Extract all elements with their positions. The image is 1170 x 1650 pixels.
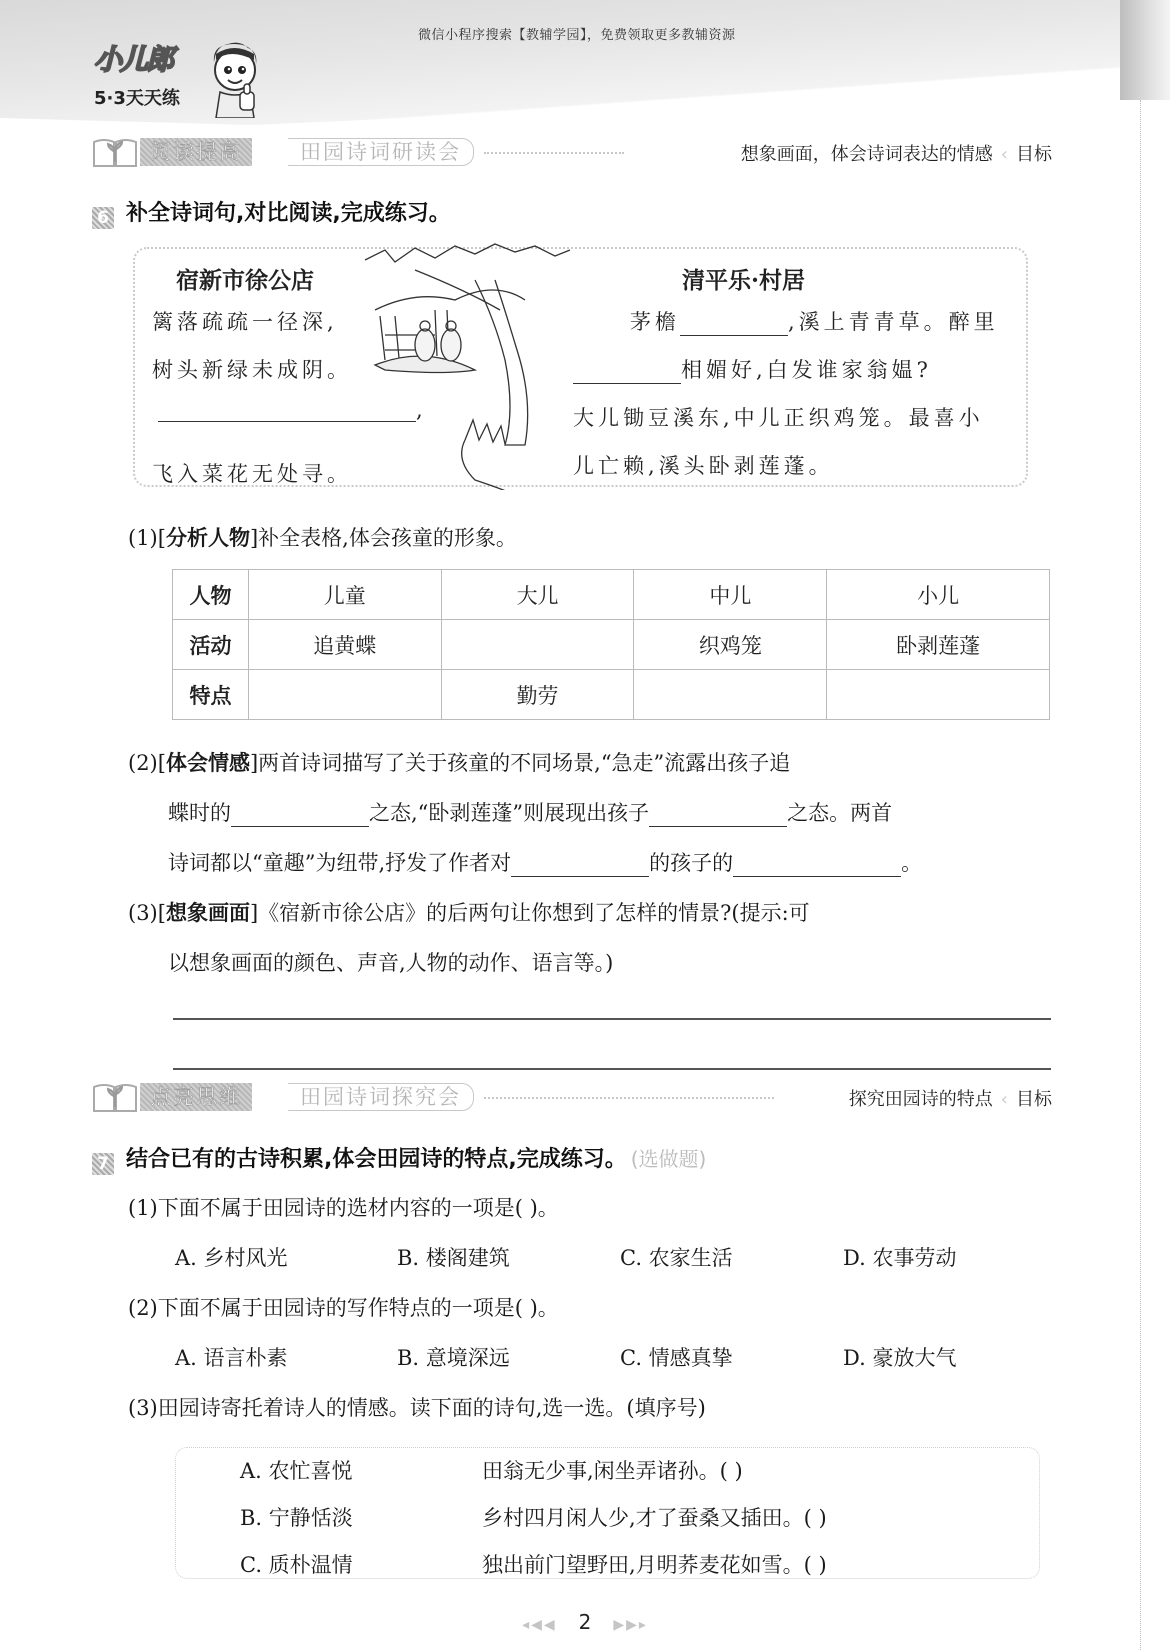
open-book-sprout-icon [92, 1081, 138, 1113]
poem2-line4: 儿亡赖,溪头卧剥莲蓬。 [573, 450, 834, 480]
character-analysis-table: 人物 儿童 大儿 中儿 小儿 活动 追黄蝶 织鸡笼 卧剥莲蓬 特点 勤劳 [172, 569, 1050, 720]
goal-label: 目标 [1016, 144, 1052, 165]
poem1-line4: 飞入菜花无处寻。 [152, 458, 352, 488]
option-c[interactable]: C. 农家生活 [620, 1242, 733, 1272]
page-edge-line [1140, 100, 1141, 1650]
section-tag-main: 阅读提高 [140, 138, 252, 166]
section-goal: 想象画面，体会诗词表达的情感‹目标 [741, 140, 1052, 166]
table-cell: 卧剥莲蓬 [827, 620, 1050, 670]
table-cell: 追黄蝶 [248, 620, 441, 670]
option-a[interactable]: A. 语言朴素 [175, 1342, 288, 1372]
fill-blank[interactable] [733, 854, 901, 877]
q6-sub1: (1)[分析人物]补全表格,体会孩童的形象。 [128, 522, 517, 552]
watermark-text: 微信小程序搜索【教辅学园】，免费领取更多教辅资源 [418, 24, 736, 43]
dotted-leader [484, 152, 624, 154]
logo-title: 小儿郎 [94, 38, 172, 78]
section-header-thinking: 点亮思维 田园诗词探究会 探究田园诗的特点‹目标 [92, 1079, 1052, 1115]
section-tag-sub: 田园诗词探究会 [288, 1083, 474, 1111]
table-row: 特点 勤劳 [173, 670, 1050, 720]
chevron-left-icon: ‹ [1001, 144, 1008, 165]
dotted-leader [484, 1097, 774, 1099]
question-6-text: 补全诗词句,对比阅读,完成练习。 [126, 201, 451, 226]
answer-line[interactable] [173, 1018, 1051, 1020]
page-edge-shadow [1120, 0, 1170, 100]
goal-text: 想象画面，体会诗词表达的情感 [741, 144, 993, 165]
option-d[interactable]: D. 农事劳动 [843, 1242, 956, 1272]
goal-text: 探究田园诗的特点 [849, 1089, 993, 1110]
verse-c[interactable]: 独出前门望野田,月明荞麦花如雪。( ) [482, 1549, 827, 1579]
section-tag-main: 点亮思维 [140, 1083, 252, 1111]
poem2-line2: 相媚好,白发谁家翁媪? [573, 354, 932, 384]
table-cell: 勤劳 [441, 670, 634, 720]
logo-subtitle: 5·3天天练 [94, 84, 180, 110]
mascot-boy-thumbs-up-icon [200, 40, 270, 118]
verse-b[interactable]: 乡村四月闲人少,才了蚕桑又插田。( ) [482, 1502, 827, 1532]
emotion-b: B. 宁静恬淡 [240, 1502, 353, 1532]
poem2-line3: 大儿锄豆溪东,中儿正织鸡笼。最喜小 [573, 402, 984, 432]
table-cell: 小儿 [827, 570, 1050, 620]
page-number: 2 [579, 1610, 592, 1634]
q7-sub1: (1)下面不属于田园诗的选材内容的一项是( )。 [128, 1192, 559, 1222]
table-cell: 中儿 [634, 570, 827, 620]
option-d[interactable]: D. 豪放大气 [843, 1342, 956, 1372]
poem2-line1: 茅檐,溪上青青草。醉里 [630, 306, 999, 336]
goal-label: 目标 [1016, 1089, 1052, 1110]
option-a[interactable]: A. 乡村风光 [175, 1242, 288, 1272]
q6-sub2-line2: 蝶时的之态,“卧剥莲蓬”则展现出孩子之态。两首 [168, 797, 892, 827]
question-7-heading: 7结合已有的古诗积累,体会田园诗的特点,完成练习。(选做题) [92, 1142, 706, 1175]
table-row: 人物 儿童 大儿 中儿 小儿 [173, 570, 1050, 620]
row-header: 人物 [173, 570, 249, 620]
table-cell-blank[interactable] [441, 620, 634, 670]
table-cell-blank[interactable] [827, 670, 1050, 720]
q7-sub1-options: A. 乡村风光 B. 楼阁建筑 C. 农家生活 D. 农事劳动 [175, 1242, 1045, 1272]
emotion-a: A. 农忙喜悦 [240, 1455, 353, 1485]
table-cell: 儿童 [248, 570, 441, 620]
emotion-c: C. 质朴温情 [240, 1549, 353, 1579]
answer-line[interactable] [173, 1068, 1051, 1070]
q6-sub2-line1: (2)[体会情感]两首诗词描写了关于孩童的不同场景,“急走”流露出孩子追 [128, 747, 790, 777]
section-tag-sub: 田园诗词研读会 [288, 138, 474, 166]
fill-blank[interactable] [573, 361, 681, 384]
section-header-reading: 阅读提高 田园诗词研读会 想象画面，体会诗词表达的情感‹目标 [92, 134, 1052, 170]
q7-sub3: (3)田园诗寄托着诗人的情感。读下面的诗句,选一选。(填序号) [128, 1392, 706, 1422]
option-b[interactable]: B. 意境深远 [397, 1342, 510, 1372]
q6-sub3-line1: (3)[想象画面]《宿新市徐公店》的后两句让你想到了怎样的情景?(提示:可 [128, 897, 810, 927]
table-row: 活动 追黄蝶 织鸡笼 卧剥莲蓬 [173, 620, 1050, 670]
fill-blank[interactable] [511, 854, 649, 877]
q7-sub2-options: A. 语言朴素 B. 意境深远 C. 情感真挚 D. 豪放大气 [175, 1342, 1045, 1372]
section-goal: 探究田园诗的特点‹目标 [849, 1085, 1052, 1111]
poem2-title: 清平乐·村居 [682, 262, 805, 295]
poem1-line2: 树头新绿未成阴。 [152, 354, 352, 384]
question-number-badge: 6 [92, 207, 114, 229]
logo: 小儿郎 5·3天天练 [88, 38, 278, 118]
fill-blank[interactable] [680, 313, 788, 336]
question-6-heading: 6补全诗词句,对比阅读,完成练习。 [92, 196, 451, 229]
table-cell-blank[interactable] [634, 670, 827, 720]
row-header: 特点 [173, 670, 249, 720]
fill-blank[interactable] [231, 804, 369, 827]
sub1-tag: 分析人物 [166, 525, 250, 550]
q6-sub3-line2: 以想象画面的颜色、声音,人物的动作、语言等。) [168, 947, 613, 977]
sub2-tag: 体会情感 [166, 750, 250, 775]
sub3-tag: 想象画面 [166, 900, 250, 925]
fill-blank[interactable] [649, 804, 787, 827]
table-cell-blank[interactable] [248, 670, 441, 720]
table-cell: 织鸡笼 [634, 620, 827, 670]
tree-pavilion-illustration [355, 240, 575, 490]
table-cell: 大儿 [441, 570, 634, 620]
poem1-line1: 篱落疏疏一径深, [152, 306, 338, 336]
q7-sub2: (2)下面不属于田园诗的写作特点的一项是( )。 [128, 1292, 559, 1322]
poem1-title: 宿新市徐公店 [176, 262, 314, 295]
verse-a[interactable]: 田翁无少事,闲坐弄诸孙。( ) [482, 1455, 743, 1485]
row-header: 活动 [173, 620, 249, 670]
option-c[interactable]: C. 情感真挚 [620, 1342, 733, 1372]
option-b[interactable]: B. 楼阁建筑 [397, 1242, 510, 1272]
triangle-right-icons: ▶▶▸ [613, 1617, 648, 1633]
question-number-badge: 7 [92, 1153, 114, 1175]
question-7-text: 结合已有的古诗积累,体会田园诗的特点,完成练习。 [126, 1147, 627, 1172]
open-book-sprout-icon [92, 136, 138, 168]
chevron-left-icon: ‹ [1001, 1089, 1008, 1110]
page-footer: ◂◀◀2▶▶▸ [0, 1610, 1170, 1634]
triangle-left-icons: ◂◀◀ [522, 1617, 557, 1633]
q6-sub2-line3: 诗词都以“童趣”为纽带,抒发了作者对的孩子的。 [168, 847, 922, 877]
optional-label: (选做题) [631, 1147, 707, 1171]
